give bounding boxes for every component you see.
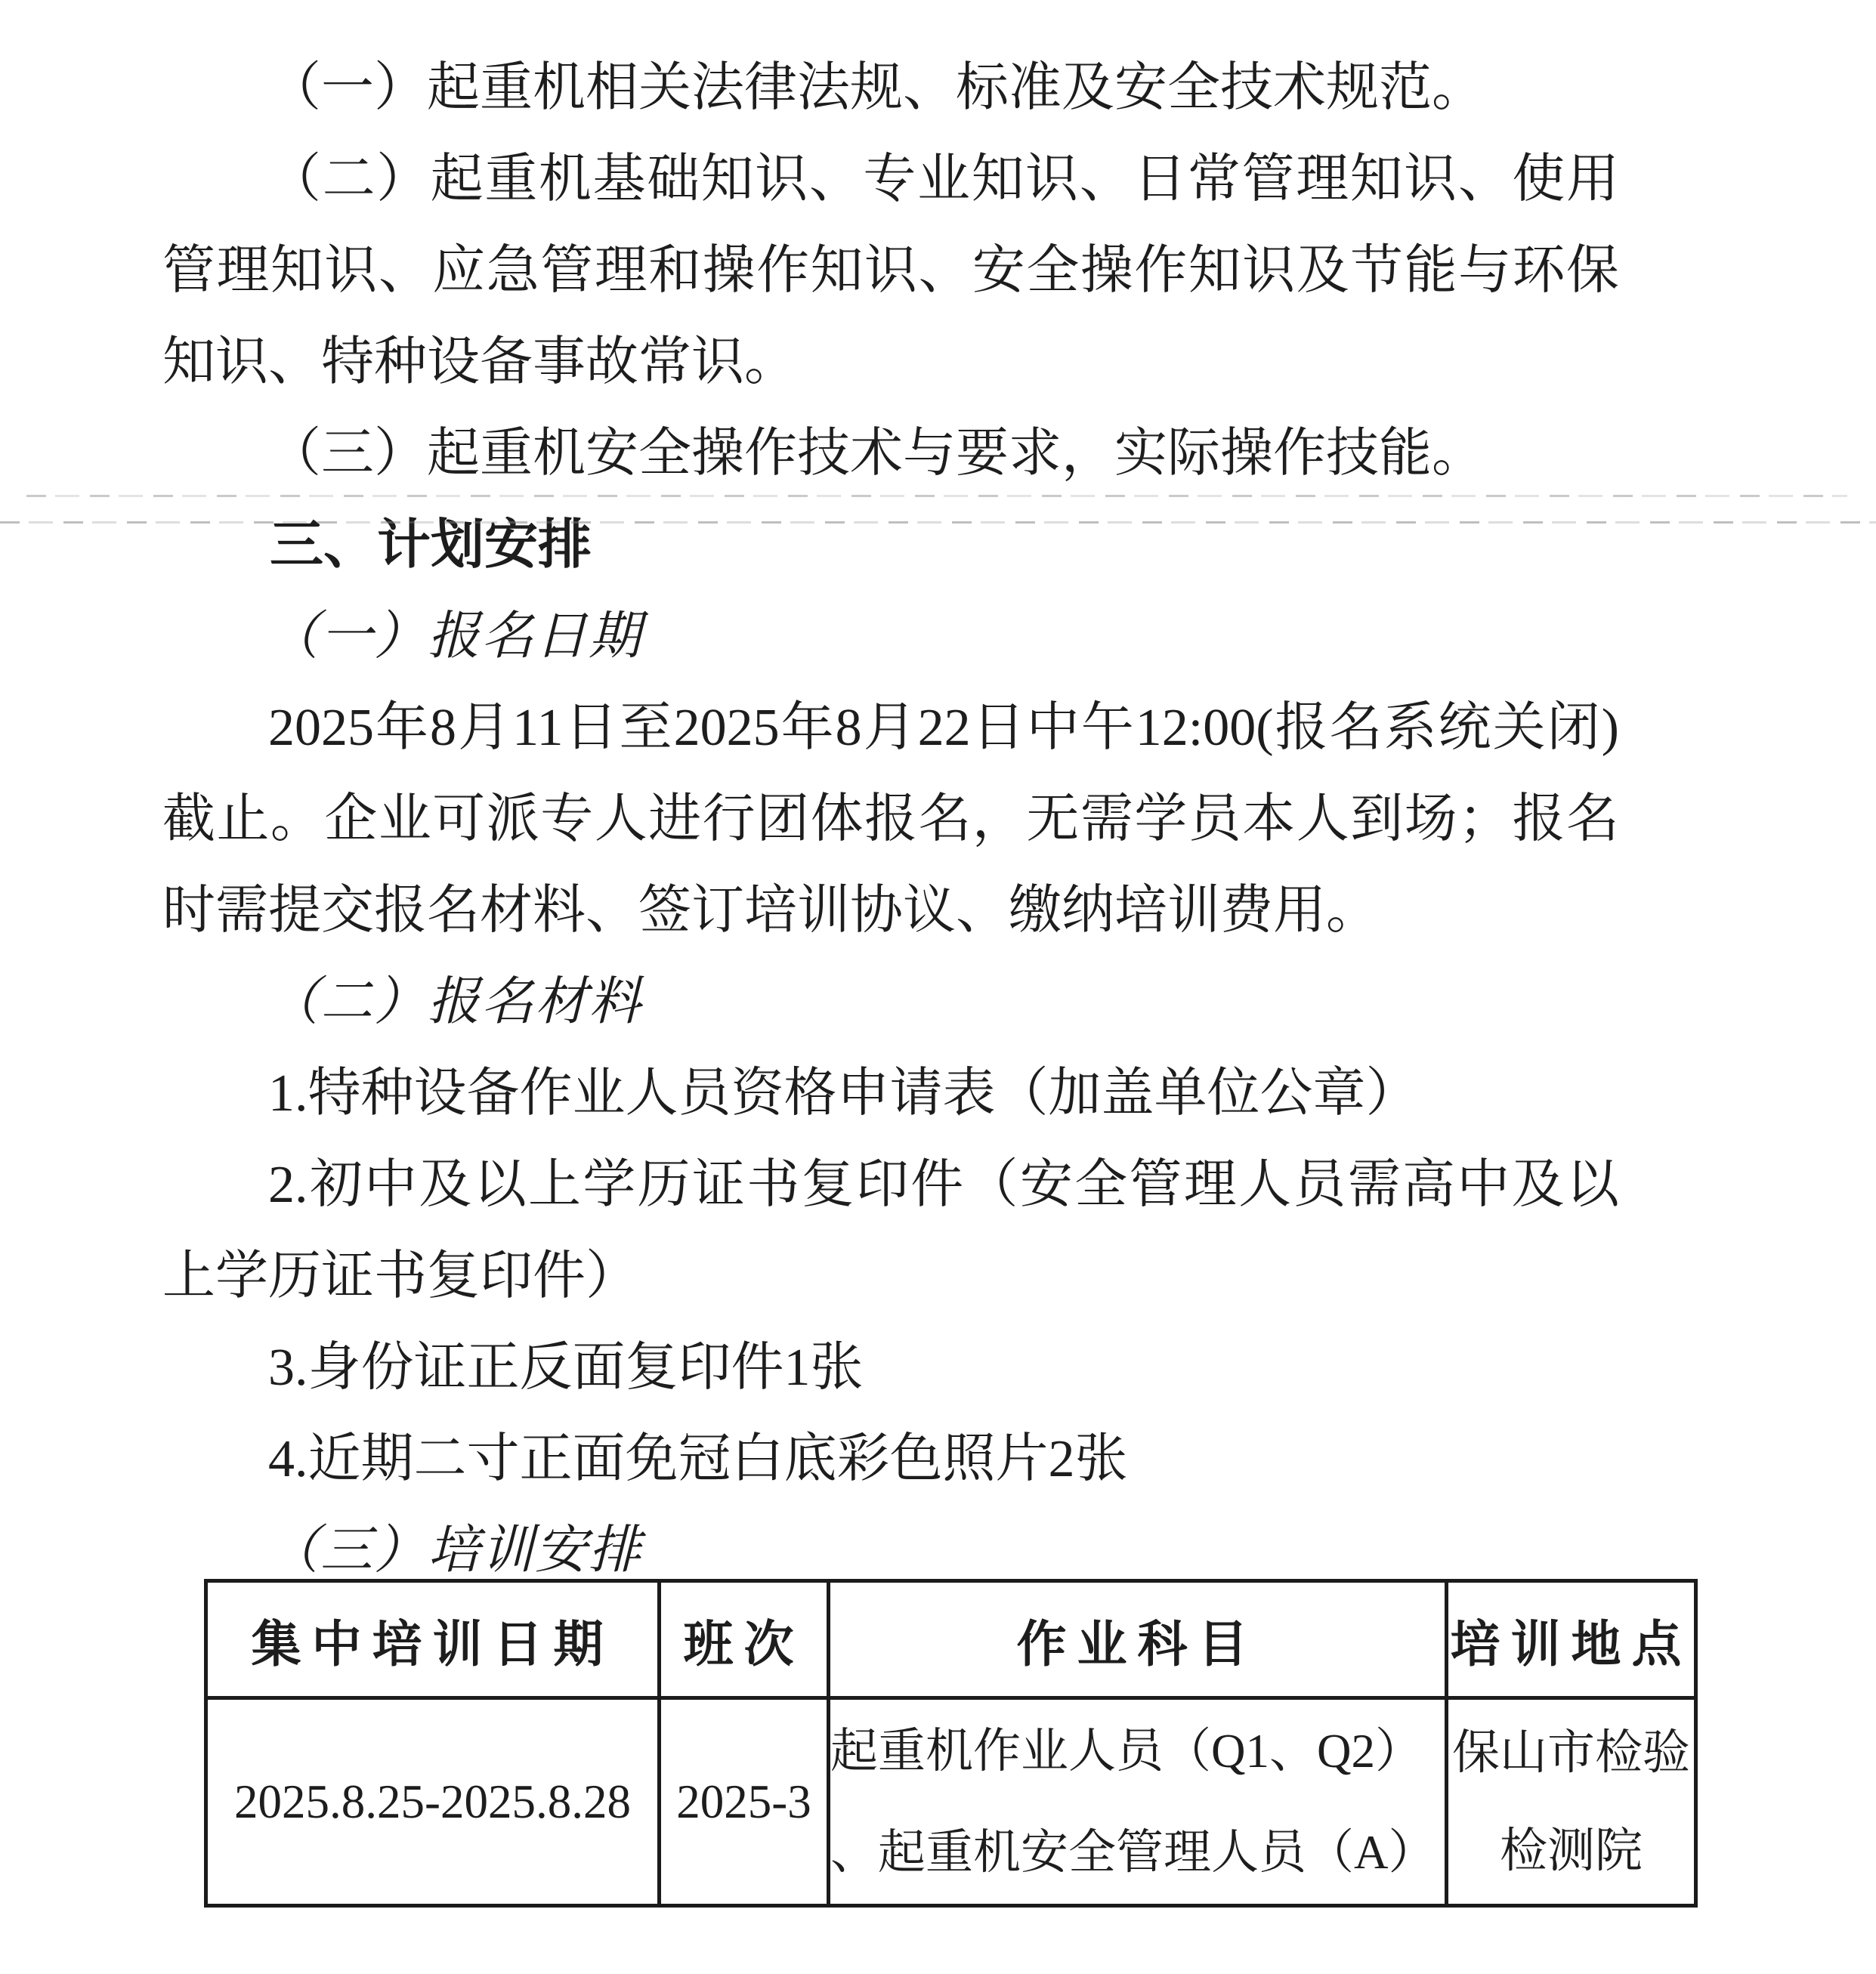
training-schedule-table: 集中培训日期 班次 作业科目 培训地点 2025.8.25-2025.8.28 … [204,1579,1698,1908]
cell-subjects-line-1: 起重机作业人员（Q1、Q2） [830,1701,1445,1802]
clause-skills: （三）起重机安全操作技术与要求，实际操作技能。 [162,408,1619,499]
cell-subjects: 起重机作业人员（Q1、Q2） 、起重机安全管理人员（A） [829,1698,1447,1906]
clause-laws: （一）起重机相关法律法规、标准及安全技术规范。 [162,42,1619,134]
cell-class-number: 2025-3 [660,1698,829,1906]
paragraph-registration-info: 2025年8月11日至2025年8月22日中午12:00(报名系统关闭)截止。企… [162,682,1619,956]
cell-training-dates: 2025.8.25-2025.8.28 [206,1698,660,1906]
column-header-subjects: 作业科目 [829,1581,1447,1698]
scan-artifact-line-1 [26,495,1847,497]
table-header-row: 集中培训日期 班次 作业科目 培训地点 [206,1581,1696,1698]
column-header-class-number: 班次 [660,1581,829,1698]
subheading-registration-date: （一）报名日期 [162,591,1619,682]
material-item-application-form: 1.特种设备作业人员资格申请表（加盖单位公章） [162,1048,1619,1139]
cell-location-line-2: 检测院 [1448,1802,1694,1900]
cell-location-line-1: 保山市检验 [1448,1704,1694,1802]
material-item-id-copy: 3.身份证正反面复印件1张 [162,1322,1619,1413]
cell-subjects-line-2: 、起重机安全管理人员（A） [830,1802,1445,1903]
section-heading-plan: 三、计划安排 [162,499,1619,591]
table-row: 2025.8.25-2025.8.28 2025-3 起重机作业人员（Q1、Q2… [206,1698,1696,1906]
material-item-education-certificate: 2.初中及以上学历证书复印件（安全管理人员需高中及以上学历证书复印件） [162,1139,1619,1322]
cell-location: 保山市检验 检测院 [1447,1698,1696,1906]
material-item-photos: 4.近期二寸正面免冠白底彩色照片2张 [162,1413,1619,1505]
subheading-registration-materials: （二）报名材料 [162,956,1619,1048]
scan-artifact-line-2 [0,521,1876,524]
column-header-training-dates: 集中培训日期 [206,1581,660,1698]
column-header-location: 培训地点 [1447,1581,1696,1698]
scanned-document-page: （一）起重机相关法律法规、标准及安全技术规范。 （二）起重机基础知识、专业知识、… [0,0,1876,1974]
clause-knowledge: （二）起重机基础知识、专业知识、日常管理知识、使用管理知识、应急管理和操作知识、… [162,134,1619,408]
